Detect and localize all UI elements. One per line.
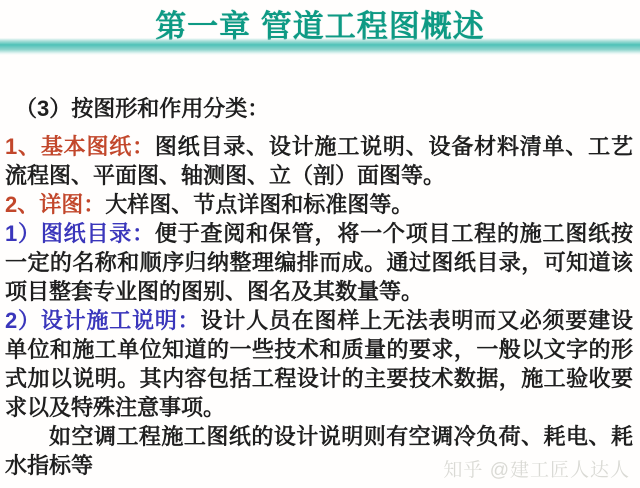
slide: 第一章 管道工程图概述 （3）按图形和作用分类：1、基本图纸：图纸目录、设计施工… <box>0 0 640 488</box>
paragraph: 2）设计施工说明：设计人员在图样上无法表明而又必须要建设单位和施工单位知道的一些… <box>5 306 633 422</box>
paragraph: （3）按图形和作用分类： <box>5 94 633 123</box>
paragraph: 2、详图：大样图、节点详图和标准图等。 <box>5 190 633 219</box>
slide-body-text: （3）按图形和作用分类：1、基本图纸：图纸目录、设计施工说明、设备材料清单、工艺… <box>5 94 633 480</box>
watermark: 知乎 @建工匠人达人 <box>443 455 630 482</box>
paragraph-heading: 2、详图： <box>5 192 105 217</box>
paragraph-heading: 1、基本图纸： <box>5 134 155 159</box>
paragraph-text: （3）按图形和作用分类： <box>15 96 269 121</box>
title-divider-band <box>0 38 640 55</box>
paragraph-heading: 2）设计施工说明： <box>5 308 200 333</box>
paragraph-text: 大样图、节点详图和标准图等。 <box>105 192 413 217</box>
paragraph-heading: 1）图纸目录： <box>5 221 155 246</box>
paragraph: 1、基本图纸：图纸目录、设计施工说明、设备材料清单、工艺流程图、平面图、轴测图、… <box>5 132 633 190</box>
paragraph: 1）图纸目录：便于查阅和保管，将一个项目工程的施工图纸按一定的名称和顺序归纳整理… <box>5 219 633 306</box>
